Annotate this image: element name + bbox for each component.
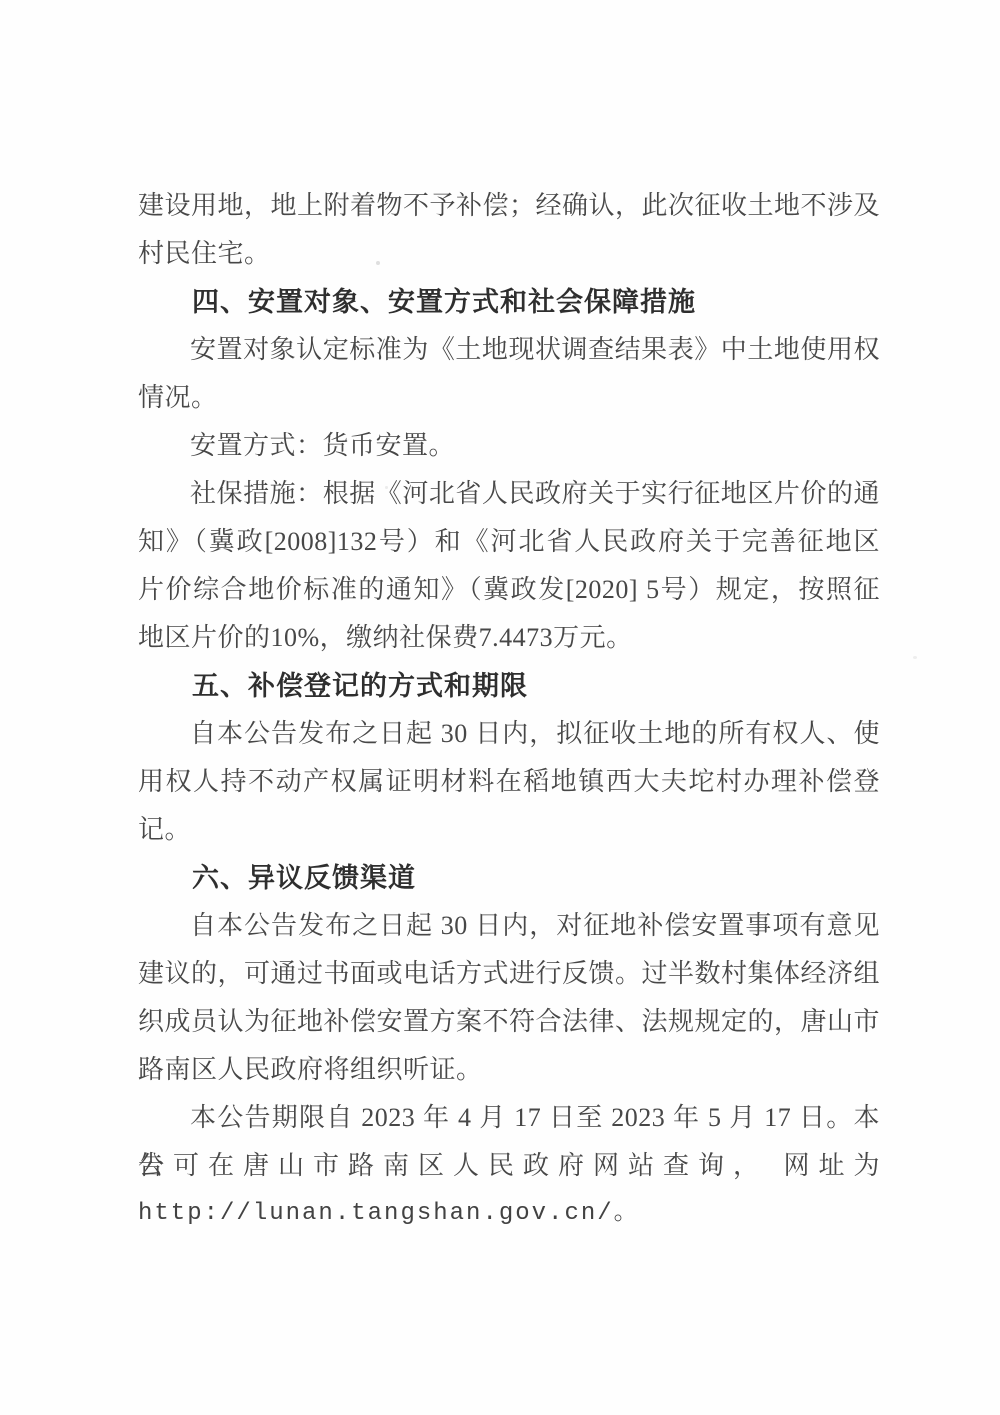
- scan-speck: [913, 656, 917, 659]
- url-line: http://lunan.tangshan.gov.cn/。: [138, 1190, 880, 1238]
- text-line: 地区片价的10%，缴纳社保费7.4473万元。: [138, 614, 880, 662]
- document-page: 建设用地，地上附着物不予补偿；经确认，此次征收土地不涉及村民住宅。四、安置对象、…: [0, 0, 1000, 1415]
- text-line: 告可在唐山市路南区人民政府网站查询， 网址为: [138, 1142, 880, 1190]
- document-body: 建设用地，地上附着物不予补偿；经确认，此次征收土地不涉及村民住宅。四、安置对象、…: [138, 182, 880, 1238]
- section-heading: 六、异议反馈渠道: [138, 854, 880, 902]
- text-line: 情况。: [138, 374, 880, 422]
- scan-speck: [376, 261, 380, 265]
- text-line: 自本公告发布之日起 30 日内，拟征收土地的所有权人、使: [138, 710, 880, 758]
- text-line: 片价综合地价标准的通知》（冀政发[2020] 5号）规定，按照征: [138, 566, 880, 614]
- text-line: 自本公告发布之日起 30 日内，对征地补偿安置事项有意见: [138, 902, 880, 950]
- text-line: 安置方式：货币安置。: [138, 422, 880, 470]
- text-line: 本公告期限自 2023 年 4 月 17 日至 2023 年 5 月 17 日。…: [138, 1094, 880, 1142]
- text-line: 用权人持不动产权属证明材料在稻地镇西大夫坨村办理补偿登: [138, 758, 880, 806]
- text-line: 路南区人民政府将组织听证。: [138, 1046, 880, 1094]
- section-heading: 五、补偿登记的方式和期限: [138, 662, 880, 710]
- text-line: 建议的，可通过书面或电话方式进行反馈。过半数村集体经济组: [138, 950, 880, 998]
- text-line: 织成员认为征地补偿安置方案不符合法律、法规规定的，唐山市: [138, 998, 880, 1046]
- text-line: 知》（冀政[2008]132号）和《河北省人民政府关于完善征地区: [138, 518, 880, 566]
- text-line: 安置对象认定标准为《土地现状调查结果表》中土地使用权: [138, 326, 880, 374]
- text-line: 社保措施：根据《河北省人民政府关于实行征地区片价的通: [138, 470, 880, 518]
- text-line: 记。: [138, 806, 880, 854]
- section-heading: 四、安置对象、安置方式和社会保障措施: [138, 278, 880, 326]
- text-line: 建设用地，地上附着物不予补偿；经确认，此次征收土地不涉及: [138, 182, 880, 230]
- text-line: 村民住宅。: [138, 230, 880, 278]
- scan-speck: [385, 486, 388, 489]
